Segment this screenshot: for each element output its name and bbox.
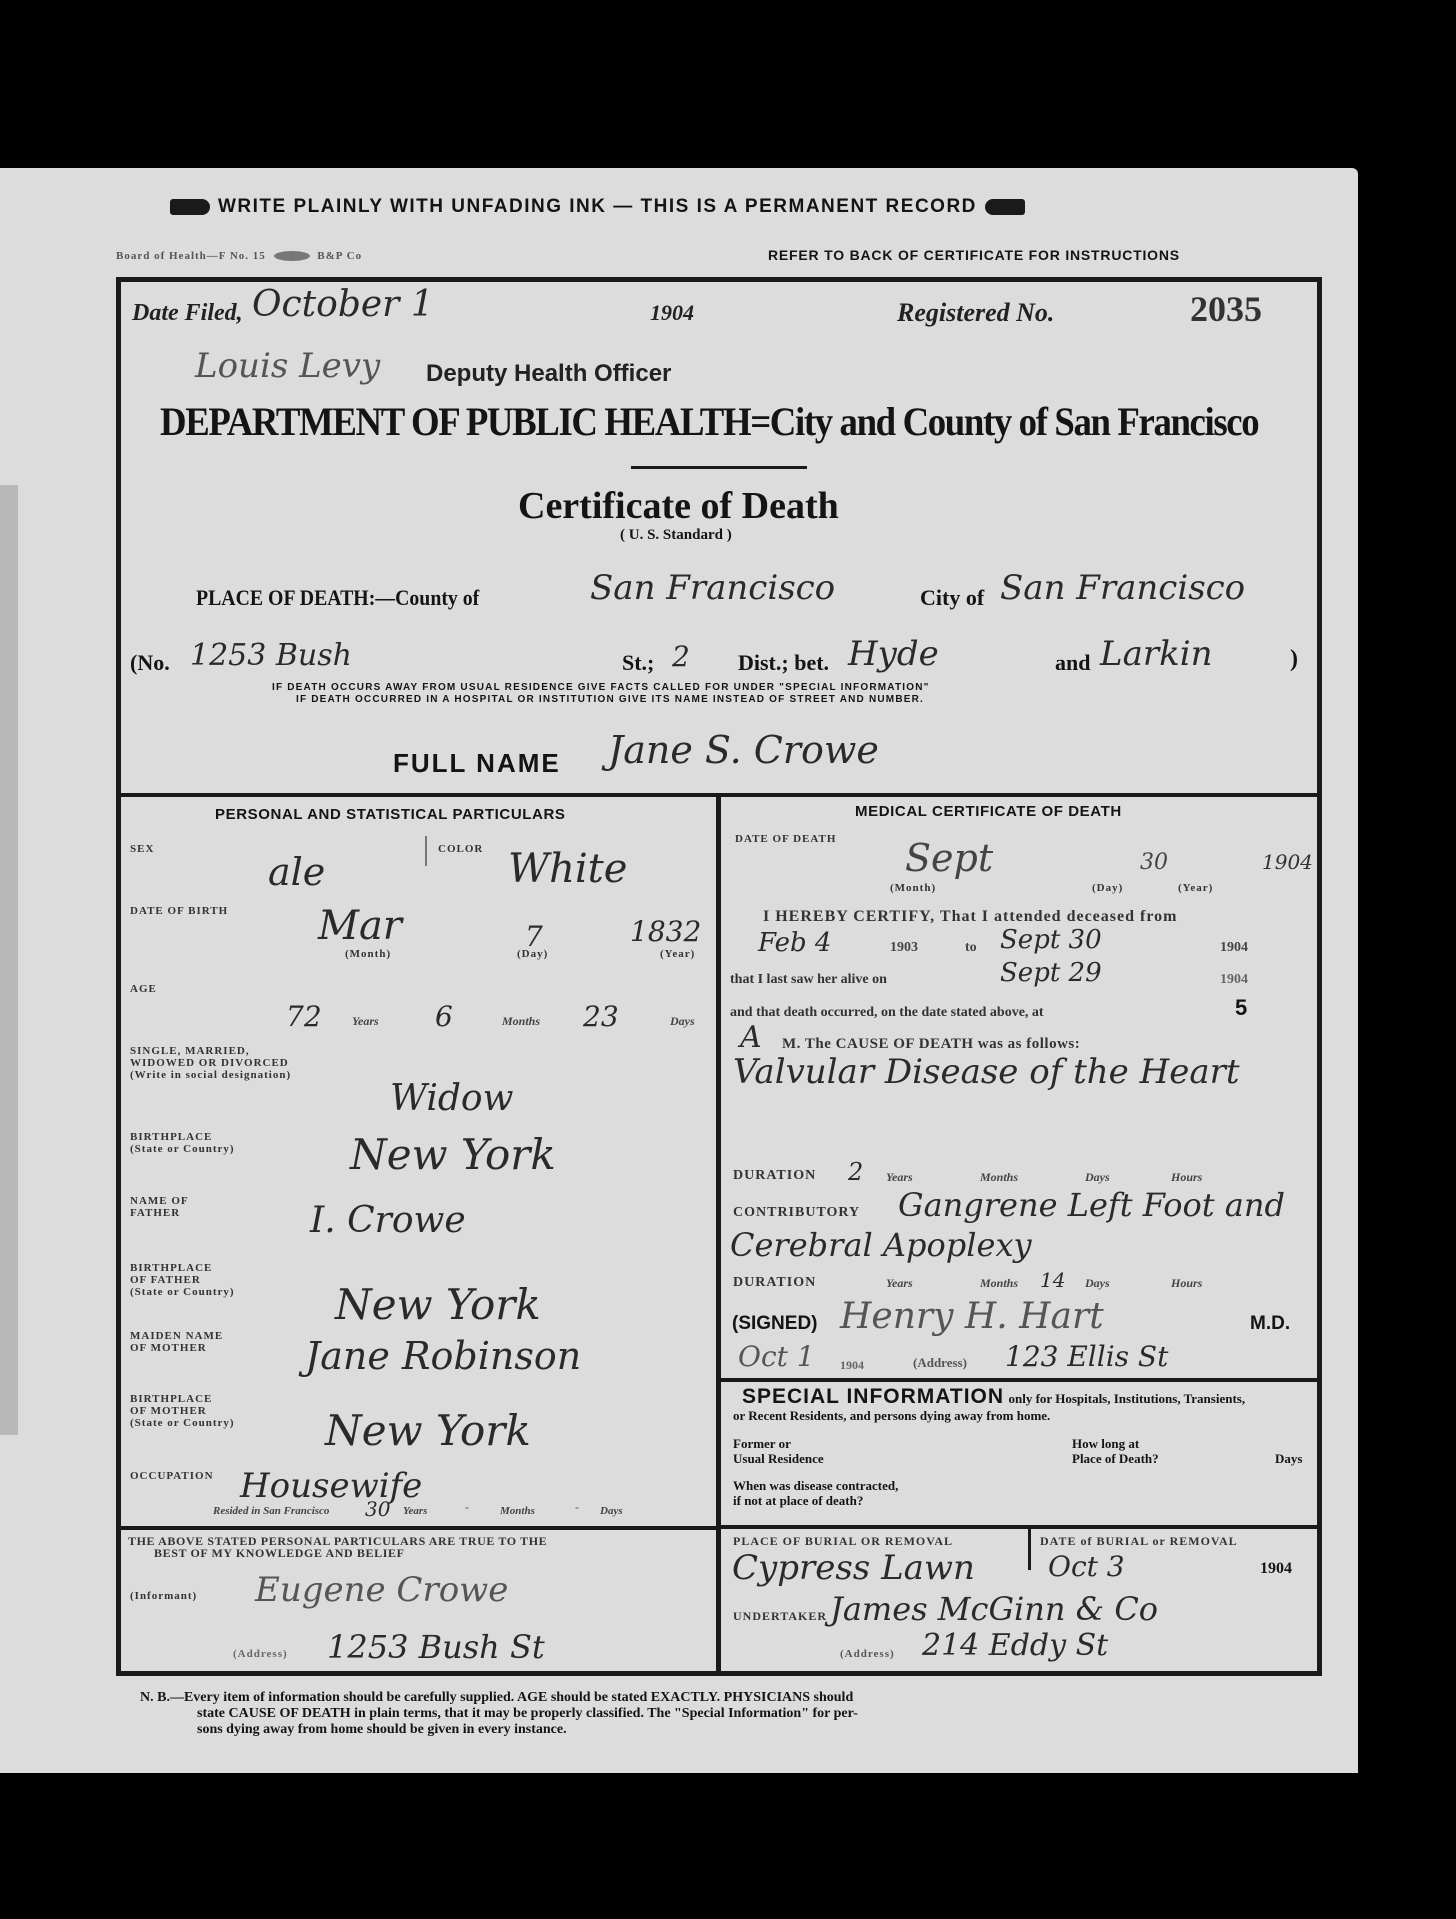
signed-value[interactable]: Henry H. Hart [840,1296,1104,1337]
mother-bp-label-line-1: BIRTHPLACE [130,1393,235,1405]
standard-subtitle: ( U. S. Standard ) [620,527,732,544]
officer-signature[interactable]: Louis Levy [195,346,380,386]
footer-line-3: sons dying away from home should be give… [140,1722,858,1738]
place-note: IF DEATH OCCURS AWAY FROM USUAL RESIDENC… [272,682,930,706]
st-label: St.; [622,650,654,676]
county-value[interactable]: San Francisco [590,568,835,608]
dob-month-caption: (Month) [345,948,391,960]
resided-months[interactable]: - [465,1500,469,1514]
father-bp-label-line-2: OF FATHER [130,1274,235,1286]
father-value[interactable]: I. Crowe [310,1200,466,1241]
time-value[interactable]: 5 [1235,995,1247,1021]
informant-statement: THE ABOVE STATED PERSONAL PARTICULARS AR… [128,1535,547,1559]
how-long-label-line-2: Place of Death? [1072,1451,1159,1466]
burial-divider [716,1525,1322,1529]
footer-nb-label: N. B.— [140,1690,184,1705]
special-heading-title: SPECIAL INFORMATION [742,1385,1004,1408]
duration-months-label: Months [980,1170,1018,1185]
attended-from[interactable]: Feb 4 [758,928,831,958]
certify-text: I HEREBY CERTIFY, That I attended deceas… [763,908,1177,926]
marital-label-line-3: (Write in social designation) [130,1069,291,1081]
how-long-label-line-1: How long at [1072,1436,1159,1451]
union-seal-icon [274,251,310,261]
former-label-line-2: Usual Residence [733,1451,824,1466]
footer-note: N. B.—Every item of information should b… [140,1690,858,1738]
full-name-label: FULL NAME [393,748,561,779]
occurred-text: and that death occurred, on the date sta… [730,1005,1044,1021]
footer-line-1: Every item of information should be care… [184,1690,853,1705]
former-residence-label: Former or Usual Residence [733,1436,824,1466]
duration-label: DURATION [733,1168,816,1184]
occupation-value[interactable]: Housewife [240,1466,422,1506]
sex-color-divider [425,836,427,866]
age-months-label: Months [502,1014,540,1029]
dist-label: Dist.; bet. [738,650,829,676]
registered-label: Registered No. [897,298,1054,328]
last-saw-value[interactable]: Sept 29 [1000,958,1102,988]
marital-label-line-1: SINGLE, MARRIED, [130,1045,291,1057]
meridian-value[interactable]: A [740,1020,762,1055]
dob-label: DATE OF BIRTH [130,905,228,917]
personal-heading: PERSONAL AND STATISTICAL PARTICULARS [215,806,566,823]
dob-month[interactable]: Mar [318,903,402,949]
dod-year-caption: (Year) [1178,882,1213,894]
father-label-line-2: FATHER [130,1207,189,1219]
former-label-line-1: Former or [733,1436,824,1451]
age-months[interactable]: 6 [435,1000,453,1033]
filed-year[interactable]: 1904 [650,300,694,326]
informant-statement-line-2: BEST OF MY KNOWLEDGE AND BELIEF [128,1547,547,1559]
resided-years[interactable]: 30 [365,1497,390,1521]
and-label: and [1055,650,1090,676]
signed-date[interactable]: Oct 1 [738,1340,815,1373]
cause-text: M. The CAUSE OF DEATH was as follows: [782,1036,1080,1053]
mother-bp-label-line-2: OF MOTHER [130,1405,235,1417]
contributory-value-1[interactable]: Gangrene Left Foot and [898,1186,1285,1224]
age-label: AGE [130,983,157,995]
physician-address-label: (Address) [913,1355,967,1371]
marital-value[interactable]: Widow [390,1078,513,1119]
mother-bp-label-line-3: (State or Country) [130,1417,235,1429]
age-days[interactable]: 23 [583,1000,619,1033]
dod-day-caption: (Day) [1092,882,1123,894]
duration-years[interactable]: 2 [848,1158,863,1186]
color-label: COLOR [438,843,483,855]
city-value[interactable]: San Francisco [1000,568,1245,608]
burial-place-value[interactable]: Cypress Lawn [732,1548,975,1588]
physician-address-value[interactable]: 123 Ellis St [1005,1340,1168,1373]
footer-line-2: state CAUSE OF DEATH in plain terms, tha… [140,1706,858,1722]
contracted-label-line-2: if not at place of death? [733,1493,898,1508]
close-paren: ) [1290,646,1298,673]
last-saw-year[interactable]: 1904 [1220,972,1248,988]
undertaker-label: UNDERTAKER [733,1610,827,1622]
pointing-hand-left-icon [170,199,210,215]
duration2-days[interactable]: 14 [1040,1268,1065,1292]
between-street-2[interactable]: Larkin [1100,634,1212,674]
mother-bp-value[interactable]: New York [325,1406,531,1455]
duration2-years-label: Years [886,1276,913,1291]
resided-label: Resided in San Francisco [213,1505,329,1517]
marital-label-line-2: WIDOWED OR DIVORCED [130,1057,291,1069]
resided-days[interactable]: - [575,1500,579,1514]
officer-title: Deputy Health Officer [426,360,671,388]
duration-years-label: Years [886,1170,913,1185]
date-filed-label: Date Filed, [132,300,243,327]
street-number-value[interactable]: 1253 Bush [190,638,352,673]
resided-months-label: Months [500,1505,535,1517]
burial-year[interactable]: 1904 [1260,1560,1292,1578]
birthplace-label-line-2: (State or Country) [130,1143,235,1155]
burial-date-value[interactable]: Oct 3 [1048,1550,1125,1583]
burial-column-divider [1028,1525,1031,1570]
attended-to-year[interactable]: 1904 [1220,940,1248,956]
place-note-line-2: IF DEATH OCCURRED IN A HOSPITAL OR INSTI… [272,694,930,706]
duration-hours-label: Hours [1171,1170,1202,1185]
undertaker-value[interactable]: James McGinn & Co [830,1590,1158,1628]
medical-heading: MEDICAL CERTIFICATE OF DEATH [855,803,1122,820]
occupation-label: OCCUPATION [130,1470,214,1482]
birthplace-value[interactable]: New York [350,1130,556,1179]
no-label: (No. [130,650,170,676]
signed-year[interactable]: 1904 [840,1358,864,1373]
informant-divider [116,1526,718,1530]
special-info-divider [716,1378,1322,1382]
sex-value[interactable]: ale [268,850,325,894]
duration2-hours-label: Hours [1171,1276,1202,1291]
mother-label: MAIDEN NAME OF MOTHER [130,1330,223,1354]
ward-value[interactable]: 2 [672,640,690,673]
place-of-death-label: PLACE OF DEATH:—County of [196,585,479,611]
to-label: to [965,940,977,956]
mother-value[interactable]: Jane Robinson [305,1334,581,1378]
contributory-value-2[interactable]: Cerebral Apoplexy [730,1226,1032,1264]
duration2-months-label: Months [980,1276,1018,1291]
contributory-label: CONTRIBUTORY [733,1205,860,1221]
special-heading-rest: only for Hospitals, Institutions, Transi… [1009,1391,1246,1406]
informant-address-label: (Address) [233,1648,288,1660]
father-bp-label-line-1: BIRTHPLACE [130,1262,235,1274]
informant-address-value[interactable]: 1253 Bush St [327,1628,545,1666]
father-bp-label-line-3: (State or Country) [130,1286,235,1298]
date-filed-value[interactable]: October 1 [252,284,434,325]
burial-date-label: DATE of BURIAL or REMOVAL [1040,1535,1238,1547]
between-street-1[interactable]: Hyde [848,634,939,674]
father-bp-label: BIRTHPLACE OF FATHER (State or Country) [130,1262,235,1298]
cause-value[interactable]: Valvular Disease of the Heart [733,1052,1240,1092]
signed-label: (SIGNED) [732,1313,818,1335]
certificate-title: Certificate of Death [518,484,839,528]
marital-label: SINGLE, MARRIED, WIDOWED OR DIVORCED (Wr… [130,1045,291,1081]
dod-day[interactable]: 30 [1140,850,1168,875]
duration-days-label: Days [1085,1170,1110,1185]
father-label-line-1: NAME OF [130,1195,189,1207]
registered-number[interactable]: 2035 [1190,288,1262,330]
city-label: City of [920,585,984,611]
last-saw-label: that I last saw her alive on [730,972,887,988]
attended-from-year[interactable]: 1903 [890,940,918,956]
resided-years-label: Years [403,1505,427,1517]
dob-day-caption: (Day) [517,948,548,960]
title-rule [631,466,807,469]
dod-month[interactable]: Sept [905,836,993,880]
column-divider [716,793,721,1676]
contracted-label-line-1: When was disease contracted, [733,1478,898,1493]
department-title: DEPARTMENT OF PUBLIC HEALTH=City and Cou… [160,398,1258,445]
undertaker-address-value[interactable]: 214 Eddy St [922,1628,1108,1663]
attended-to[interactable]: Sept 30 [1000,925,1102,955]
duration2-label: DURATION [733,1275,816,1291]
resided-days-label: Days [600,1505,623,1517]
special-heading: SPECIAL INFORMATION only for Hospitals, … [742,1385,1245,1409]
dob-year-caption: (Year) [660,948,695,960]
father-label: NAME OF FATHER [130,1195,189,1219]
dod-month-caption: (Month) [890,882,936,894]
header-banner: WRITE PLAINLY WITH UNFADING INK — THIS I… [170,196,1025,218]
father-bp-value[interactable]: New York [335,1280,541,1329]
scan-edge-strip [0,485,18,1435]
how-long-label: How long at Place of Death? [1072,1436,1159,1466]
place-note-line-1: IF DEATH OCCURS AWAY FROM USUAL RESIDENC… [272,682,930,694]
age-days-label: Days [670,1014,695,1029]
informant-label: (Informant) [130,1590,197,1602]
duration2-days-label: Days [1085,1276,1110,1291]
how-long-days-label: Days [1275,1451,1302,1467]
full-name-value[interactable]: Jane S. Crowe [608,728,879,772]
mother-label-line-2: OF MOTHER [130,1342,223,1354]
pointing-hand-right-icon [985,199,1025,215]
informant-value[interactable]: Eugene Crowe [255,1570,508,1610]
md-label: M.D. [1250,1313,1290,1335]
mother-bp-label: BIRTHPLACE OF MOTHER (State or Country) [130,1393,235,1429]
form-id: Board of Health—F No. 15 B&P Co [116,250,362,262]
sex-label: SEX [130,843,154,855]
color-value[interactable]: White [508,846,627,892]
banner-text: WRITE PLAINLY WITH UNFADING INK — THIS I… [218,196,977,217]
birthplace-label: BIRTHPLACE (State or Country) [130,1131,235,1155]
undertaker-address-label: (Address) [840,1648,895,1660]
dod-label: DATE OF DEATH [735,833,836,845]
age-years[interactable]: 72 [286,1000,322,1033]
form-number: Board of Health—F No. 15 [116,250,266,262]
burial-place-label: PLACE OF BURIAL OR REMOVAL [733,1535,953,1547]
contracted-label: When was disease contracted, if not at p… [733,1478,898,1508]
mother-label-line-1: MAIDEN NAME [130,1330,223,1342]
dod-year[interactable]: 1904 [1262,850,1313,874]
printer-name: B&P Co [317,250,362,262]
age-years-label: Years [352,1014,379,1029]
instructions-note: REFER TO BACK OF CERTIFICATE FOR INSTRUC… [768,247,1180,263]
special-heading-line-2: or Recent Residents, and persons dying a… [733,1408,1050,1424]
dob-year[interactable]: 1832 [630,915,701,948]
birthplace-label-line-1: BIRTHPLACE [130,1131,235,1143]
